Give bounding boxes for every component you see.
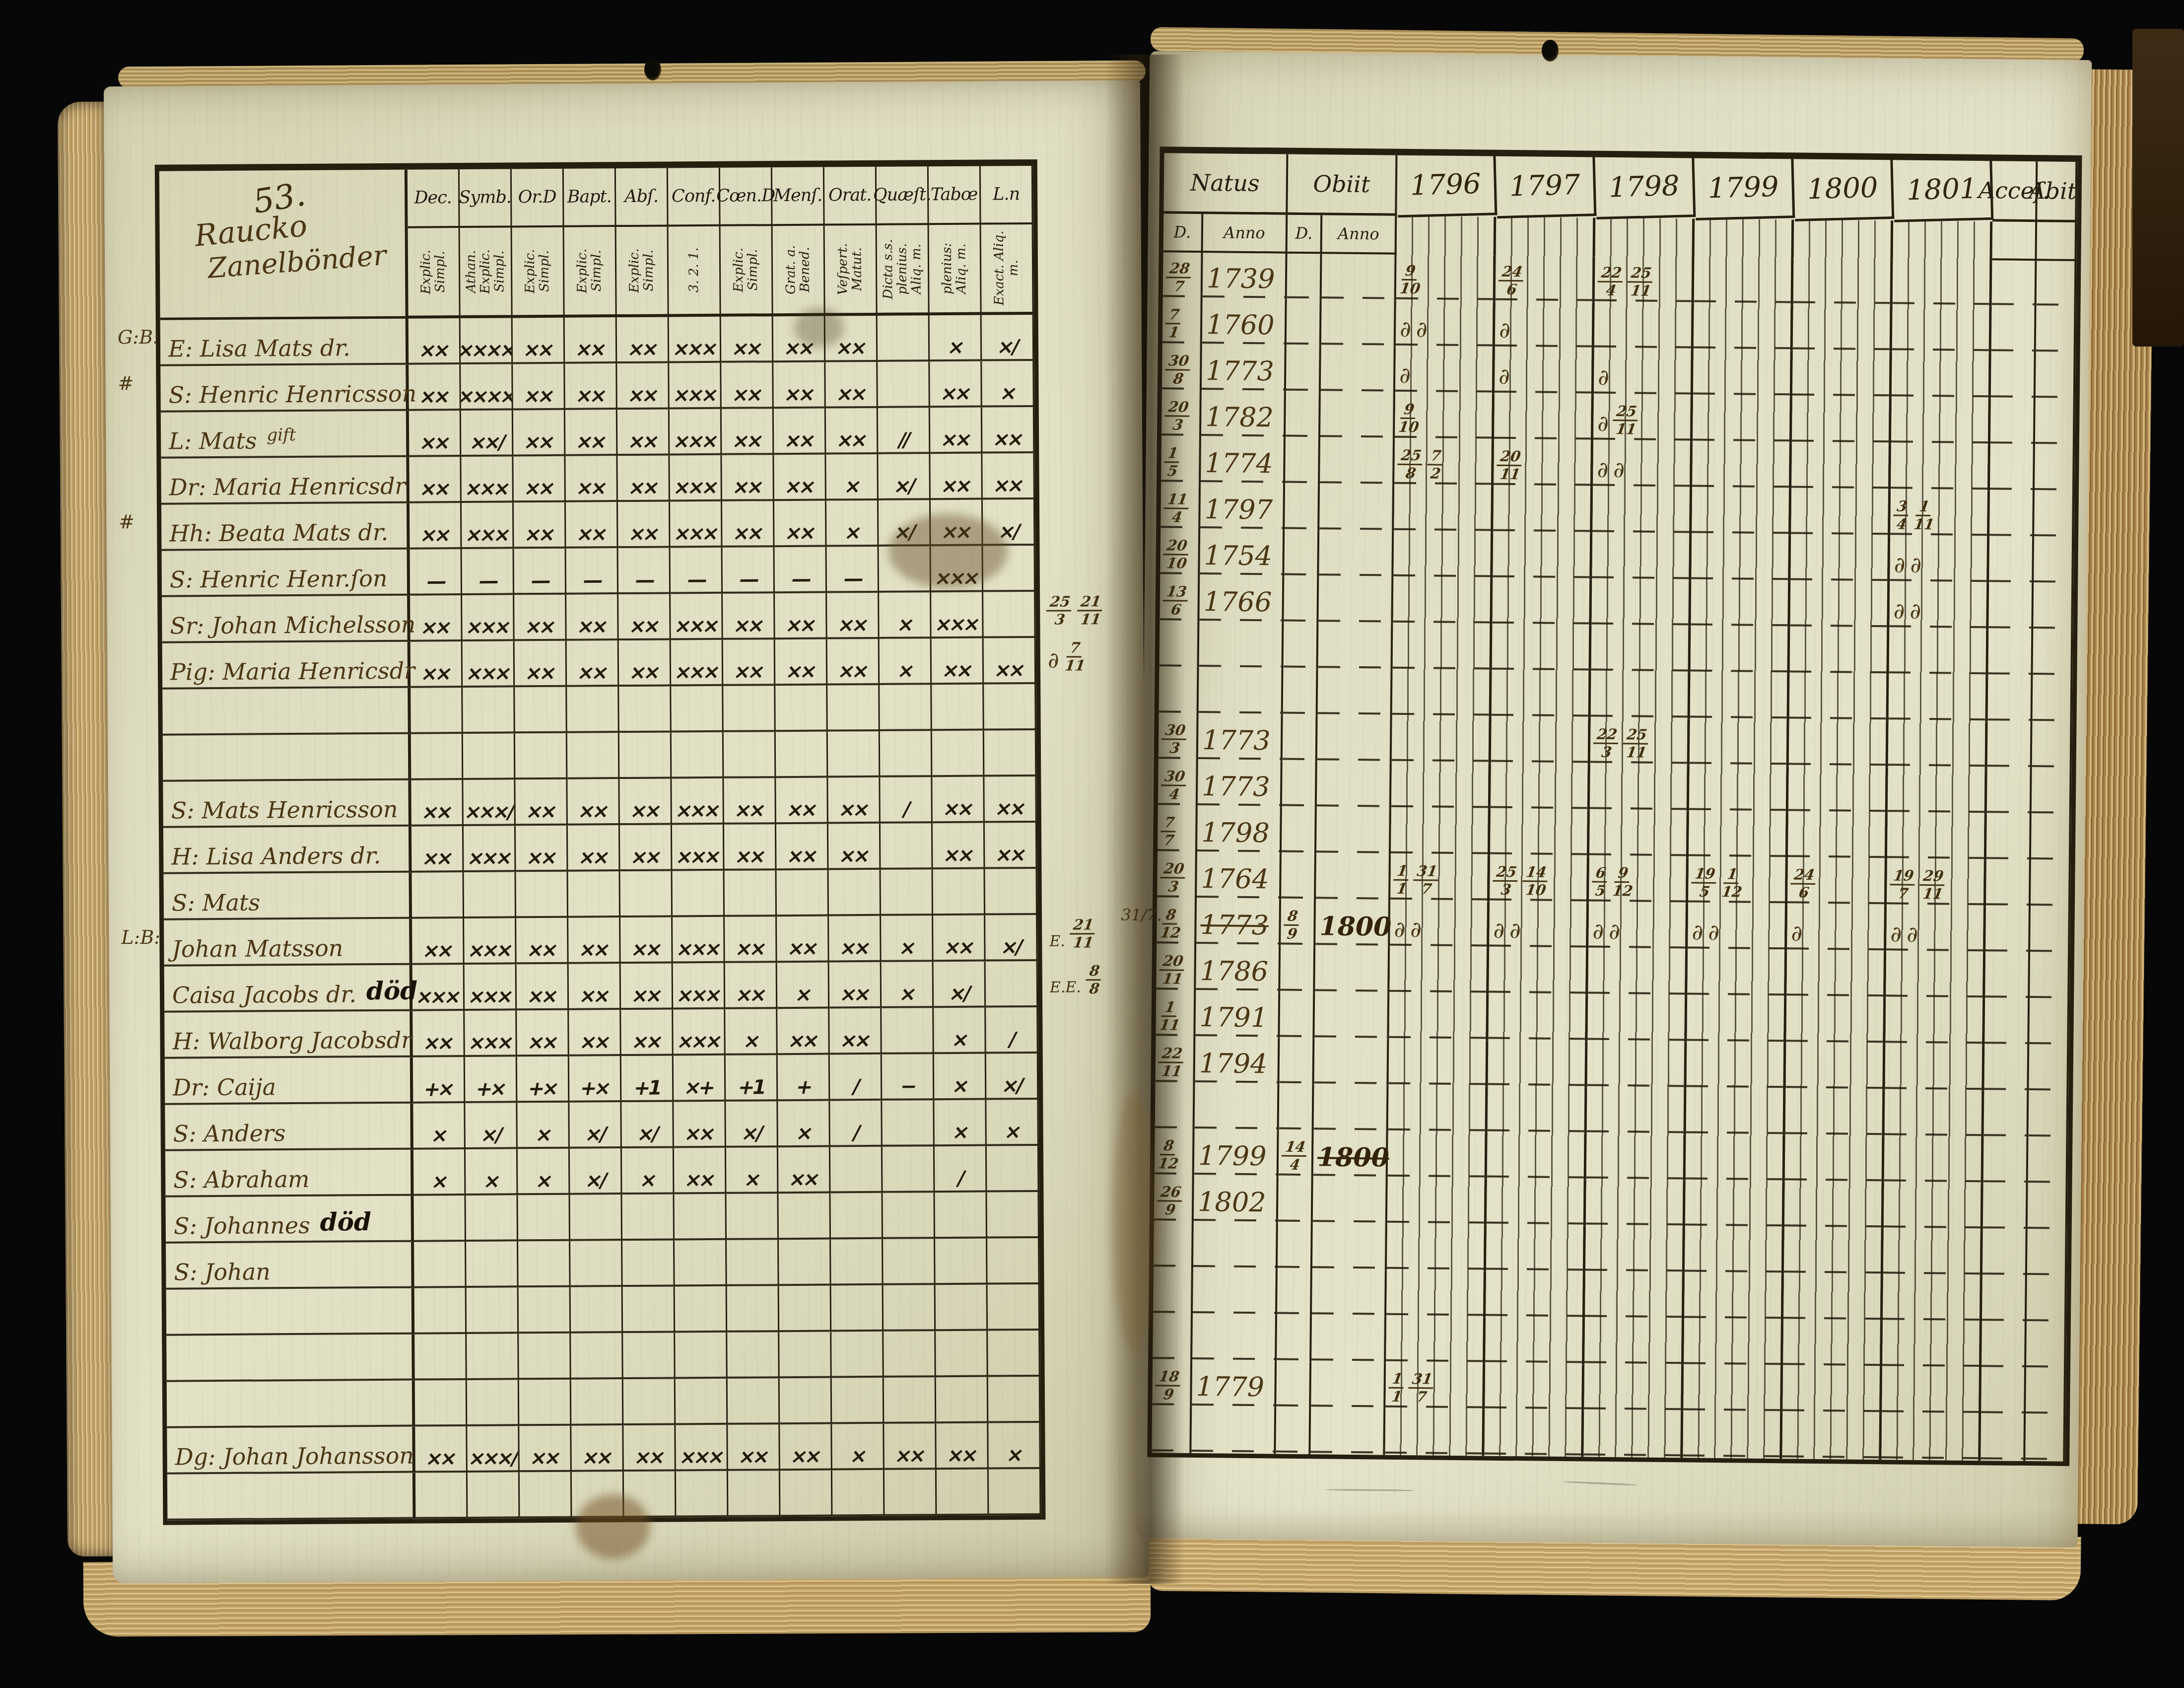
obiit-day-cell bbox=[1279, 1039, 1314, 1085]
mark-cell bbox=[622, 1240, 675, 1287]
attendance-marks: ×× bbox=[939, 475, 972, 497]
year-entry-cell: ∂ bbox=[1787, 905, 1887, 952]
d-mark: ∂ bbox=[1509, 918, 1521, 943]
attendance-marks: ××× bbox=[672, 430, 719, 453]
year-entry-cell bbox=[1693, 350, 1793, 397]
attendance-marks: ×× bbox=[627, 477, 660, 499]
attendance-marks: ×× bbox=[419, 616, 452, 639]
punch-hole-right bbox=[1542, 40, 1559, 62]
person-name: H: Walborg Jacobsdr bbox=[172, 1027, 412, 1055]
fraction-day: 9 bbox=[1402, 264, 1419, 281]
mark-cell bbox=[414, 1242, 467, 1288]
year-entry-cell: 2242511 bbox=[1595, 257, 1695, 304]
year-entry-cell bbox=[1389, 993, 1489, 1041]
fraction-month: 3 bbox=[1601, 744, 1613, 760]
obiit-day-cell bbox=[1284, 577, 1319, 624]
attendance-marks: ×× bbox=[424, 1447, 457, 1470]
person-name: S: Henric Henricsson bbox=[168, 380, 416, 409]
acces-cell bbox=[1985, 953, 2030, 999]
attendance-marks: ×× bbox=[789, 1445, 822, 1468]
year-entry-cell bbox=[1788, 766, 1888, 813]
mark-cell: × bbox=[832, 1424, 885, 1471]
mark-cell: × bbox=[982, 361, 1034, 408]
natus-year-cell: 1773 bbox=[1198, 714, 1283, 762]
person-name: S: Mats bbox=[172, 889, 261, 916]
fraction-day: 19 bbox=[1691, 867, 1718, 884]
fraction-month: 11 bbox=[1080, 611, 1102, 627]
mark-cell bbox=[883, 1193, 935, 1239]
year-header-1798: 1798 bbox=[1595, 156, 1696, 219]
mark-cell bbox=[723, 686, 776, 732]
mark-cell bbox=[884, 1285, 936, 1332]
mark-cell bbox=[935, 1239, 988, 1285]
person-name: S: Mats Henricsson bbox=[171, 796, 398, 824]
mark-cell bbox=[467, 1380, 520, 1426]
mark-cell: ×× bbox=[829, 1008, 882, 1055]
year-entry-cell bbox=[1486, 1225, 1586, 1272]
name-suffix: död bbox=[366, 976, 418, 1006]
date-fraction: 197 bbox=[1891, 868, 1916, 901]
fraction-month: 11 bbox=[1499, 466, 1521, 482]
mark-cell bbox=[464, 872, 516, 918]
date-fraction: 112 bbox=[1722, 867, 1742, 899]
fraction-day: 8 bbox=[1086, 964, 1103, 981]
acces-cell bbox=[1988, 583, 2034, 630]
attendance-marks: ×× bbox=[734, 937, 767, 960]
attendance-marks: — bbox=[633, 569, 655, 592]
mark-cell: ××× bbox=[671, 594, 723, 640]
natus-year: 1764 bbox=[1201, 863, 1269, 895]
attendance-marks: ×× bbox=[578, 985, 611, 1007]
margin-note: # bbox=[119, 511, 135, 533]
acces-cell bbox=[1986, 860, 2031, 907]
obiit-day-cell bbox=[1286, 392, 1321, 439]
year-entry-cell bbox=[1883, 1229, 1983, 1276]
d-mark: ∂ bbox=[1597, 411, 1609, 436]
natus-year-cell: 1773 bbox=[1202, 345, 1287, 392]
mark-cell bbox=[411, 872, 464, 919]
natus-year: 1791 bbox=[1199, 1001, 1268, 1033]
attendance-marks: ××× bbox=[464, 616, 511, 639]
mark-cell: ×× bbox=[828, 777, 881, 824]
fraction-month: 11 bbox=[1073, 934, 1095, 950]
obiit-year-cell: 1800 bbox=[1313, 1131, 1388, 1178]
mark-cell bbox=[828, 870, 881, 916]
mark-cell: — bbox=[827, 547, 880, 593]
column-header-cnd: Cœn.D bbox=[720, 167, 773, 226]
year-entry-cell bbox=[1391, 809, 1491, 856]
table-heading: RauckoZanelbönder bbox=[159, 170, 409, 320]
date-fraction: 253 bbox=[1494, 865, 1519, 897]
attendance-marks: ×× bbox=[941, 798, 974, 821]
mark-cell: ×× bbox=[513, 410, 566, 457]
mark-cell bbox=[620, 871, 673, 917]
column-subheader-text: Veſpert. Matut. bbox=[836, 226, 865, 312]
mark-cell bbox=[674, 1194, 727, 1241]
mark-cell: ×× bbox=[571, 1425, 624, 1472]
mark-cell: ××× bbox=[464, 826, 516, 872]
mark-cell: / bbox=[986, 1007, 1038, 1054]
obiit-day-cell bbox=[1286, 346, 1321, 393]
year-entry-cell bbox=[1485, 1364, 1584, 1411]
attendance-marks: × bbox=[742, 1030, 760, 1053]
year-entry-cell bbox=[1584, 1318, 1684, 1365]
attendance-marks: ×× bbox=[784, 614, 817, 637]
date-fraction: 11 bbox=[1394, 864, 1410, 896]
mark-cell: ×× bbox=[936, 1423, 989, 1470]
attendance-marks: ×× bbox=[991, 474, 1024, 497]
fraction-month: 11 bbox=[1922, 886, 1944, 901]
person-name-cell: S: Mats Henricsson bbox=[163, 780, 411, 828]
obiit-year-cell bbox=[1319, 531, 1394, 577]
attendance-marks: ×× bbox=[574, 384, 607, 407]
natus-year-cell: 1786 bbox=[1196, 945, 1281, 992]
attendance-marks: ××× bbox=[414, 985, 461, 1009]
mark-cell: ×× bbox=[930, 361, 982, 408]
year-entry-cell bbox=[1592, 534, 1692, 581]
obiit-year-cell bbox=[1321, 346, 1396, 393]
mark-cell: ×× bbox=[620, 917, 673, 964]
date-fraction: 223 bbox=[1594, 727, 1620, 760]
mark-cell bbox=[413, 1196, 466, 1242]
mark-cell: × bbox=[518, 1149, 570, 1196]
natus-year-cell bbox=[1195, 1084, 1280, 1131]
natus-year-cell: 1764 bbox=[1197, 853, 1282, 900]
column-header-qut: Quæſt. bbox=[877, 166, 929, 225]
mark-cell: ×/ bbox=[621, 1102, 674, 1148]
obiit-day-cell bbox=[1279, 1085, 1314, 1131]
mark-cell: ×× bbox=[884, 1423, 937, 1470]
attendance-marks: ×× bbox=[524, 800, 557, 823]
mark-cell: ×× bbox=[514, 502, 566, 549]
mark-cell: ×× bbox=[566, 594, 619, 641]
mark-cell: ×× bbox=[618, 594, 671, 640]
year-entry-cell bbox=[1791, 443, 1891, 490]
mark-cell: ×× bbox=[519, 1426, 572, 1473]
attendance-marks: ×× bbox=[733, 799, 766, 822]
fraction-month: 11 bbox=[1630, 282, 1652, 298]
year-entry-cell bbox=[1889, 629, 1988, 676]
year-entry-cell bbox=[1393, 532, 1493, 579]
year-entry-cell bbox=[1684, 1273, 1784, 1320]
attendance-marks: ×× bbox=[627, 615, 661, 638]
year-entry-cell bbox=[1882, 1321, 1982, 1368]
attendance-marks: ××/ bbox=[468, 431, 505, 454]
fraction-month: 10 bbox=[1399, 281, 1422, 296]
year-entry-cell bbox=[1585, 1226, 1685, 1273]
date-fraction: 910 bbox=[1400, 264, 1421, 296]
obiit-day-cell bbox=[1285, 438, 1320, 485]
year-entry-cell: 2531410 bbox=[1490, 856, 1589, 903]
mark-cell bbox=[883, 1239, 936, 1285]
year-entry-cell bbox=[1686, 1134, 1785, 1182]
fraction-day: 25 bbox=[1613, 404, 1640, 421]
mark-cell: — bbox=[462, 549, 515, 595]
obiit-day-cell bbox=[1283, 623, 1318, 670]
year-entry-cell: ∂ bbox=[1594, 349, 1694, 396]
year-entry-cell bbox=[1689, 811, 1788, 858]
attendance-marks: ×× bbox=[786, 937, 819, 960]
mark-cell: ×× bbox=[827, 593, 880, 639]
year-entry-cell bbox=[1885, 1044, 1984, 1091]
mark-cell: +× bbox=[517, 1056, 570, 1103]
mark-cell bbox=[567, 733, 620, 779]
obiit-year-cell bbox=[1312, 1223, 1387, 1270]
date-fraction: 317 bbox=[1409, 1372, 1434, 1404]
fraction-month: 4 bbox=[1896, 516, 1908, 531]
mark-cell: ××× bbox=[670, 455, 722, 502]
attendance-marks: — bbox=[685, 568, 707, 591]
natus-year-cell: 1802 bbox=[1194, 1176, 1279, 1223]
date-fraction: 2011 bbox=[1498, 449, 1523, 482]
column-subheader-text: Explic. Simpl. bbox=[575, 228, 604, 313]
person-name-cell: S: Henric Henricsson bbox=[160, 365, 409, 413]
acces-cell bbox=[1983, 1184, 2028, 1230]
fraction-month: 4 bbox=[1605, 282, 1618, 298]
date-fraction: 910 bbox=[1399, 402, 1419, 434]
mark-cell bbox=[571, 1287, 623, 1334]
year-entry-cell bbox=[1391, 763, 1491, 810]
obiit-day-cell bbox=[1282, 762, 1317, 808]
left-record-table: RauckoZanelbönderDec.Explic. Simpl.Symb.… bbox=[155, 159, 1046, 1525]
year-entry-cell bbox=[1591, 672, 1691, 719]
attendance-marks: ×× bbox=[993, 797, 1026, 820]
mark-cell: ×× bbox=[621, 963, 674, 1010]
year-entry-cell bbox=[1789, 628, 1889, 675]
year-entry-cell bbox=[1386, 1317, 1486, 1364]
attendance-marks: ×× bbox=[734, 984, 767, 1006]
acces-cell bbox=[1987, 768, 2032, 815]
d-mark: ∂ bbox=[1893, 598, 1905, 624]
person-name-cell: Pig: Maria Henricsdr bbox=[162, 642, 411, 690]
mark-cell bbox=[988, 1331, 1040, 1377]
note-text: E.E. bbox=[1050, 979, 1081, 996]
attendance-marks: ×× bbox=[576, 661, 609, 684]
attendance-marks: × bbox=[946, 336, 964, 359]
year-entry-cell bbox=[1587, 995, 1687, 1043]
person-name: Pig: Maria Henricsdr bbox=[170, 657, 415, 686]
mark-cell: × bbox=[934, 1008, 986, 1055]
attendance-marks: ×× bbox=[627, 523, 660, 546]
attendance-marks: ×× bbox=[626, 338, 659, 361]
mark-cell: ××× bbox=[465, 964, 517, 1011]
natus-year-cell bbox=[1191, 1407, 1276, 1454]
year-entry-cell bbox=[1885, 1090, 1984, 1137]
person-name-cell: Dr: Caija bbox=[165, 1057, 413, 1105]
acces-cell bbox=[1985, 907, 2031, 953]
year-subcolumns bbox=[1793, 219, 1893, 259]
year-entry-cell bbox=[1687, 996, 1786, 1043]
person-name-cell: S: Abraham bbox=[165, 1150, 414, 1197]
attendance-marks: ×× bbox=[783, 476, 816, 498]
attendance-marks: ×× bbox=[730, 337, 763, 360]
mark-cell: — bbox=[410, 549, 463, 596]
year-entry-cell bbox=[1488, 1041, 1587, 1088]
year-entry-cell bbox=[1886, 952, 1985, 999]
mark-cell: ×× bbox=[619, 778, 672, 825]
mark-cell: ×× bbox=[932, 777, 985, 824]
year-entry-cell: ∂ bbox=[1395, 347, 1495, 394]
year-entry-cell bbox=[1487, 1179, 1586, 1226]
mark-cell: ×× bbox=[674, 1148, 727, 1195]
date-fraction: 711 bbox=[1065, 640, 1085, 673]
person-name-cell: H: Walborg Jacobsdr bbox=[164, 1011, 413, 1059]
year-entry-cell: ∂∂ bbox=[1489, 902, 1589, 949]
mark-cell bbox=[415, 1473, 468, 1519]
mark-cell: ×× bbox=[774, 455, 826, 501]
attendance-marks: ×× bbox=[418, 431, 451, 454]
attendance-marks: ××× bbox=[674, 799, 721, 823]
obiit-year-cell bbox=[1317, 715, 1392, 762]
attendance-marks: ×× bbox=[783, 429, 816, 452]
mark-cell bbox=[571, 1333, 623, 1380]
year-entry-cell bbox=[1386, 1270, 1486, 1318]
attendance-marks: ×× bbox=[731, 429, 764, 452]
d-mark: ∂ bbox=[1890, 921, 1902, 947]
mark-cell: ×+ bbox=[674, 1055, 726, 1102]
date-fraction: 34 bbox=[1894, 499, 1910, 531]
mark-cell: ×/ bbox=[878, 454, 931, 500]
date-fraction: 2111 bbox=[1078, 594, 1103, 627]
acces-cell bbox=[1986, 814, 2032, 861]
attendance-marks: ×× bbox=[525, 939, 558, 962]
obiit-year: 1800 bbox=[1319, 911, 1391, 942]
fraction-day: 7 bbox=[1066, 640, 1084, 657]
mark-cell bbox=[675, 1240, 727, 1287]
person-name-cell bbox=[162, 688, 411, 736]
year-entry-cell bbox=[1585, 1272, 1685, 1319]
right-register-table: NatusObiit179617971798179918001801Acceſ.… bbox=[1147, 146, 2082, 1466]
attendance-marks: + bbox=[794, 1076, 813, 1099]
attendance-marks: ×× bbox=[834, 337, 868, 359]
attendance-marks: ××× bbox=[464, 523, 511, 547]
mark-cell: ×× bbox=[517, 1010, 569, 1057]
mark-cell bbox=[724, 732, 776, 778]
mark-cell bbox=[466, 1195, 518, 1242]
obiit-day-cell bbox=[1287, 254, 1322, 300]
person-name-cell: S: Mats bbox=[164, 873, 412, 920]
year-entry-cell bbox=[1783, 1320, 1883, 1367]
margin-note: L:B: bbox=[121, 926, 160, 948]
right-page: NatusObiit179617971798179918001801Acceſ.… bbox=[1136, 51, 2092, 1547]
mark-cell: ×× bbox=[930, 408, 983, 454]
mark-cell bbox=[831, 1332, 884, 1378]
attendance-marks: − bbox=[898, 1075, 917, 1098]
mark-cell: ×× bbox=[722, 455, 774, 501]
attendance-marks: × bbox=[951, 1121, 969, 1144]
d-mark: ∂ bbox=[1791, 920, 1802, 946]
year-entry-cell: 25872 bbox=[1394, 439, 1494, 487]
mark-cell bbox=[881, 823, 933, 870]
column-subheader-text: plenius: Aliq. m. bbox=[940, 226, 969, 311]
year-entry-cell bbox=[1892, 352, 1991, 399]
mark-cell: ×× bbox=[409, 411, 462, 457]
year-entry-cell bbox=[1686, 1088, 1786, 1135]
mark-cell: ×× bbox=[728, 1424, 780, 1471]
date-fraction: 258 bbox=[1398, 448, 1424, 481]
attendance-marks: × bbox=[842, 475, 861, 498]
mark-cell bbox=[932, 731, 985, 777]
acces-cell bbox=[1988, 630, 2033, 676]
year-entry-cell bbox=[1685, 1181, 1785, 1228]
year-entry-cell bbox=[1387, 1178, 1487, 1225]
mark-cell bbox=[935, 1193, 987, 1239]
attendance-marks: ×× bbox=[626, 430, 660, 453]
natus-year: 1779 bbox=[1196, 1371, 1264, 1403]
acces-cell bbox=[1983, 1137, 2029, 1184]
margin-note: G:B: bbox=[118, 326, 159, 349]
mark-cell: ×× bbox=[620, 825, 673, 871]
obiit-day-cell bbox=[1276, 1362, 1311, 1408]
natus-year: 1798 bbox=[1201, 817, 1270, 848]
mark-cell: ×× bbox=[829, 962, 882, 1009]
attendance-marks: ×× bbox=[523, 523, 556, 546]
person-name: S: Abraham bbox=[173, 1166, 310, 1194]
attendance-marks: ×/ bbox=[995, 336, 1019, 358]
abit-subheader bbox=[2037, 222, 2077, 261]
year-entry-cell: ∂∂ bbox=[1688, 904, 1787, 951]
mark-cell bbox=[988, 1377, 1041, 1423]
year-entry-cell bbox=[1783, 1274, 1883, 1321]
mark-cell: ×/ bbox=[982, 315, 1034, 361]
attendance-marks: ×× bbox=[421, 1032, 455, 1055]
abit-cell bbox=[2028, 1184, 2068, 1231]
attendance-marks: ×× bbox=[420, 801, 453, 824]
mark-cell: ××× bbox=[673, 1009, 726, 1056]
year-entry-cell bbox=[1486, 1271, 1585, 1319]
mark-cell: ××× bbox=[670, 501, 723, 548]
mark-cell: × bbox=[726, 1147, 779, 1194]
attendance-marks: ×× bbox=[524, 662, 557, 685]
attendance-marks: ××× bbox=[671, 384, 718, 407]
person-name-cell: S: Johan bbox=[166, 1242, 414, 1290]
abit-cell bbox=[2034, 492, 2074, 538]
mark-cell: ×× bbox=[723, 639, 776, 686]
attendance-marks: ×× bbox=[730, 383, 763, 406]
mark-cell: ×× bbox=[778, 1147, 831, 1194]
attendance-marks: +× bbox=[578, 1077, 612, 1100]
abit-cell bbox=[2036, 307, 2076, 353]
mark-cell bbox=[989, 1469, 1041, 1516]
mark-cell: / bbox=[880, 777, 933, 824]
mark-cell: ×× bbox=[825, 362, 878, 409]
attendance-marks: ×× bbox=[630, 985, 663, 1007]
abit-cell bbox=[2030, 953, 2070, 1000]
person-name: S: Henric Henr.ſon bbox=[170, 565, 388, 593]
d-mark: ∂ bbox=[1400, 317, 1411, 342]
mark-cell bbox=[780, 1378, 832, 1424]
person-name-cell: Sr: Johan Michelsson bbox=[162, 596, 410, 643]
mark-cell: ×× bbox=[721, 362, 774, 409]
date-fraction: 246 bbox=[1791, 867, 1817, 900]
obiit-year-cell bbox=[1314, 1085, 1389, 1131]
obiit-day-cell bbox=[1276, 1408, 1311, 1455]
mark-cell bbox=[623, 1333, 676, 1379]
date-fraction: 111 bbox=[1914, 499, 1934, 532]
mark-cell bbox=[828, 731, 881, 778]
year-entry-cell: 65912 bbox=[1589, 857, 1689, 904]
attendance-marks: × bbox=[1003, 1121, 1022, 1143]
acces-cell bbox=[1987, 722, 2033, 769]
attendance-marks: ×× bbox=[629, 938, 663, 961]
mark-cell bbox=[882, 1008, 934, 1055]
attendance-marks: ×/ bbox=[947, 983, 971, 1005]
mark-cell bbox=[776, 732, 828, 778]
attendance-marks: ×××/ bbox=[467, 1447, 519, 1470]
mark-cell: ×× bbox=[617, 363, 670, 410]
year-entry-cell bbox=[1591, 580, 1691, 627]
fraction-day: 6 bbox=[1592, 866, 1609, 883]
